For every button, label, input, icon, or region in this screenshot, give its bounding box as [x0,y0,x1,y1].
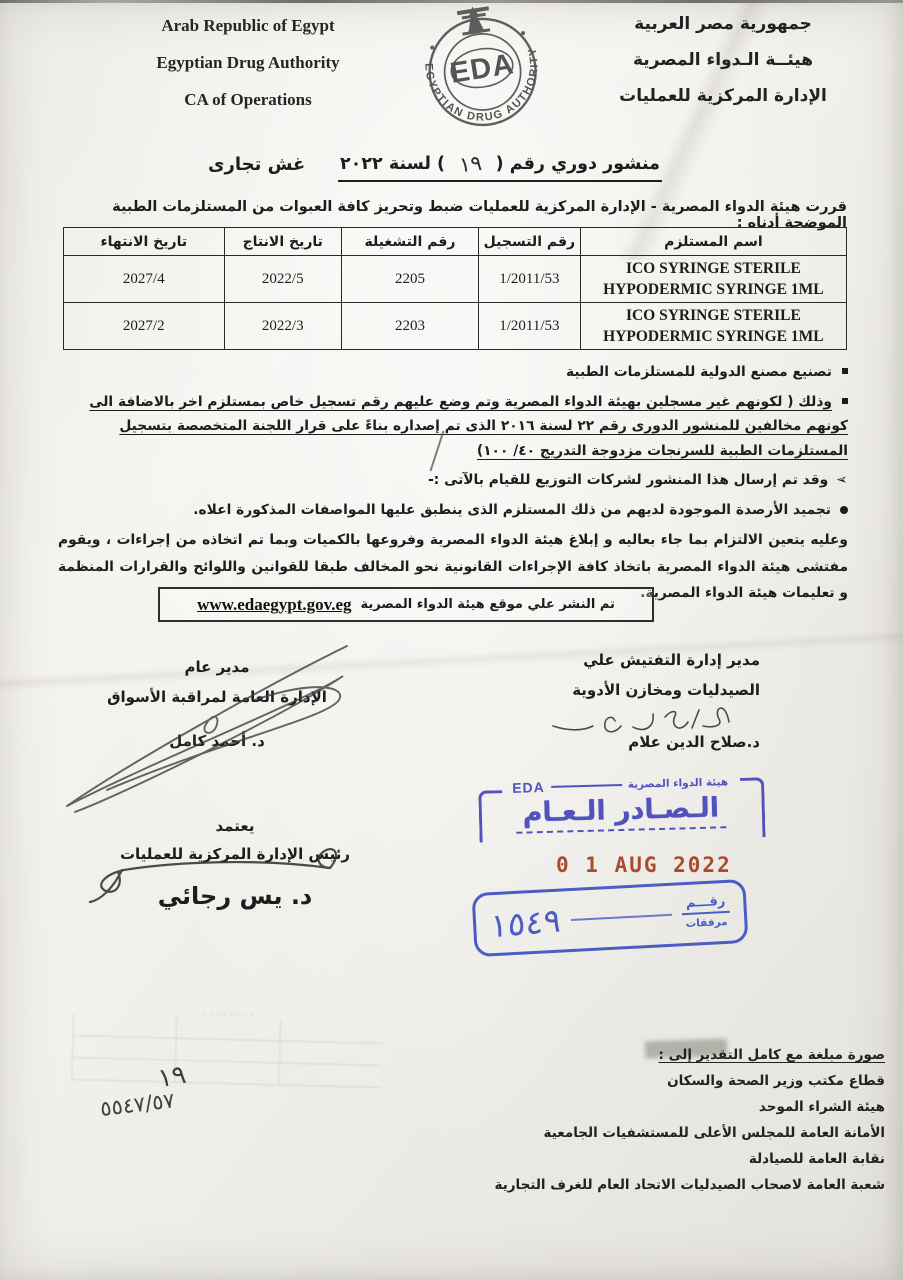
bullet-reason: وذلك ( لكونهم غير مسجلين بهيئة الدواء ال… [58,390,848,464]
number-stamp-labels: رقـــم مرفقات [681,894,730,932]
distribution-item: شعبة العامة لاصحاب الصيدليات الاتحاد الع… [425,1172,885,1198]
title-part2: ) لسنة ٢٠٢٢ [340,154,445,174]
bullet-manufacturer: تصنيع مصنع الدولية للمستلزمات الطبية [58,360,848,385]
cell-item-name: ICO SYRINGE STERILE HYPODERMIC SYRINGE 1… [580,256,846,303]
cell-expiry-date: 2027/2 [64,303,225,350]
bullet-freeze-text: تجميد الأرصدة الموجودة لديهم من ذلك المس… [193,502,831,518]
col-header-registration: رقم التسجيل [478,228,580,256]
item-name-line1: ICO SYRINGE STERILE [585,305,842,326]
distribution-item: قطاع مكتب وزير الصحة والسكان [425,1068,885,1094]
outgoing-stamp: هيئة الدواء المصرية EDA الـصـادر الـعـام [486,774,756,861]
distribution-list: صورة مبلغة مع كامل التقدير إلى : قطاع مك… [425,1042,885,1198]
stamp-dash-line [551,784,622,788]
item-name-line2: HYPODERMIC SYRINGE 1ML [585,279,842,300]
scanned-document-page: Arab Republic of Egypt Egyptian Drug Aut… [0,0,903,1280]
stamp-org-text: هيئة الدواء المصرية [628,776,729,791]
fraud-label: غش تجارى [208,154,305,175]
header-en-line2: Egyptian Drug Authority [98,53,398,73]
item-name-line2: HYPODERMIC SYRINGE 1ML [585,326,842,347]
header-ar-line2: هيئــة الـدواء المصرية [598,50,848,70]
col-header-expiry-date: تاريخ الانتهاء [64,228,225,256]
cell-registration: 1/2011/53 [478,256,580,303]
approval-label: يعتمد [95,812,375,840]
stamp-bracket-left [478,790,503,843]
table-row: ICO SYRINGE STERILE HYPODERMIC SYRINGE 1… [64,256,847,303]
stamp-main-text: الـصـادر الـعـام [486,791,755,829]
cell-expiry-date: 2027/4 [64,256,225,303]
markets-signature-scribble [55,638,355,818]
table-row: ICO SYRINGE STERILE HYPODERMIC SYRINGE 1… [64,303,847,350]
cell-registration: 1/2011/53 [478,303,580,350]
date-stamp: 0 1 AUG 2022 [556,853,732,877]
bullet-reason-text: وذلك ( لكونهم غير مسجلين بهيئة الدواء ال… [89,394,848,459]
seized-items-table: اسم المستلزم رقم التسجيل رقم التشغيلة تا… [63,227,847,350]
approval-signature-scribble [78,840,368,910]
arrow-note-text: وقد تم إرسال هذا المنشور لشركات التوزيع … [428,472,828,488]
stamp-eda-text: EDA [512,779,545,796]
cell-batch: 2205 [341,256,478,303]
header-arabic: جمهورية مصر العربية هيئــة الـدواء المصر… [598,14,848,122]
cell-batch: 2203 [341,303,478,350]
number-stamp-label-top: رقـــم [681,894,729,915]
cell-production-date: 2022/3 [224,303,341,350]
header-english: Arab Republic of Egypt Egyptian Drug Aut… [98,16,398,127]
cell-production-date: 2022/5 [224,256,341,303]
title-part1: منشور دوري رقم ( [496,154,660,174]
number-stamp-label-bottom: مرفقات [682,913,730,932]
inspection-signature-scribble [533,692,743,738]
title-row: غش تجارى منشور دوري رقم (١٩) لسنة ٢٠٢٢ [0,150,903,184]
item-name-line1: ICO SYRINGE STERILE [585,258,842,279]
circular-number-handwritten: ١٩ [444,149,497,178]
handwritten-note: ١٩ ٥٥٤٧/٥٧ [100,1062,186,1116]
handwritten-reference: ٥٥٤٧/٥٧ [99,1087,187,1121]
bullet-manufacturer-text: تصنيع مصنع الدولية للمستلزمات الطبية [566,364,832,380]
distribution-item: هيئة الشراء الموحد [425,1094,885,1120]
inspection-title-line1: مدير إدارة التفتيش علي [510,645,760,675]
distribution-item: نقابة العامة للصيادلة [425,1146,885,1172]
number-stamp-dash [571,914,673,921]
cell-item-name: ICO SYRINGE STERILE HYPODERMIC SYRINGE 1… [580,303,846,350]
seal-center-text: EDA [448,48,516,90]
publish-text: تم النشر علي موقع هيئة الدواء المصرية [361,597,615,612]
header-ar-line1: جمهورية مصر العربية [598,14,848,34]
header-en-line3: CA of Operations [98,90,398,110]
header-ar-line3: الإدارة المركزية للعمليات [598,86,848,106]
stamp-bracket-right [740,777,766,838]
distribution-title: صورة مبلغة مع كامل التقدير إلى : [425,1042,885,1068]
distribution-item: الأمانة العامة للمجلس الأعلى للمستشفيات … [425,1120,885,1146]
col-header-production-date: تاريخ الانتاج [224,228,341,256]
arrow-distribution-note: ➢وقد تم إرسال هذا المنشور لشركات التوزيع… [58,468,848,493]
bullet-freeze: تجميد الأرصدة الموجودة لديهم من ذلك المس… [58,498,848,523]
eda-seal-icon: EGYPTIAN DRUG AUTHORITY EDA [396,2,568,128]
arrow-bullet-icon: ➢ [836,468,848,493]
col-header-item-name: اسم المستلزم [580,228,846,256]
body-bullets: تصنيع مصنع الدولية للمستلزمات الطبية وذل… [58,360,848,607]
col-header-batch: رقم التشغيلة [341,228,478,256]
publish-box: تم النشر علي موقع هيئة الدواء المصرية ww… [158,587,654,622]
publish-url: www.edaegypt.gov.eg [197,595,351,615]
number-stamp-value-handwritten: ١٥٤٩ [490,900,562,945]
number-stamp: رقـــم مرفقات ١٥٤٩ [472,879,749,957]
circular-title: منشور دوري رقم (١٩) لسنة ٢٠٢٢ [338,150,662,182]
header-en-line1: Arab Republic of Egypt [98,16,398,36]
table-header-row: اسم المستلزم رقم التسجيل رقم التشغيلة تا… [64,228,847,256]
